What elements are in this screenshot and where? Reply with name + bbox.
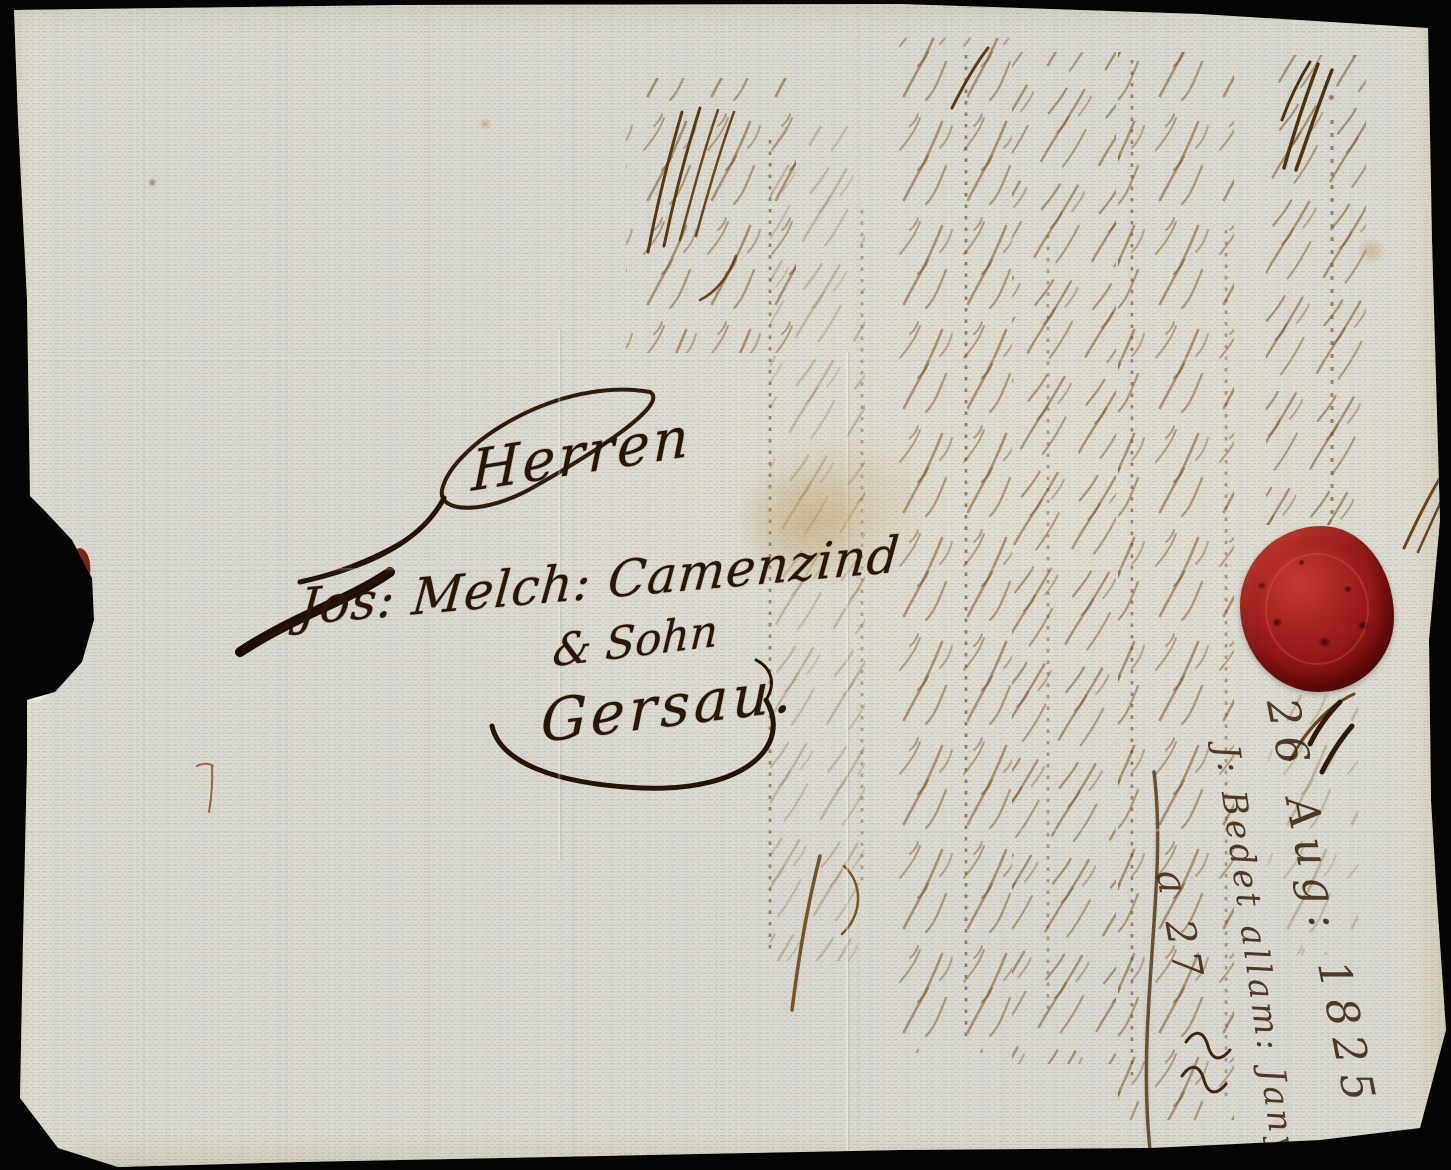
scan-background: Herren Jos: Melch: Camenzind & Sohn Gers…	[0, 0, 1451, 1170]
red-wax-seal	[1240, 526, 1394, 692]
torn-wax-remnant	[59, 547, 93, 635]
torn-wax-remnant-speck	[73, 611, 90, 639]
letter-sheet: Herren Jos: Melch: Camenzind & Sohn Gers…	[0, 0, 1451, 1170]
